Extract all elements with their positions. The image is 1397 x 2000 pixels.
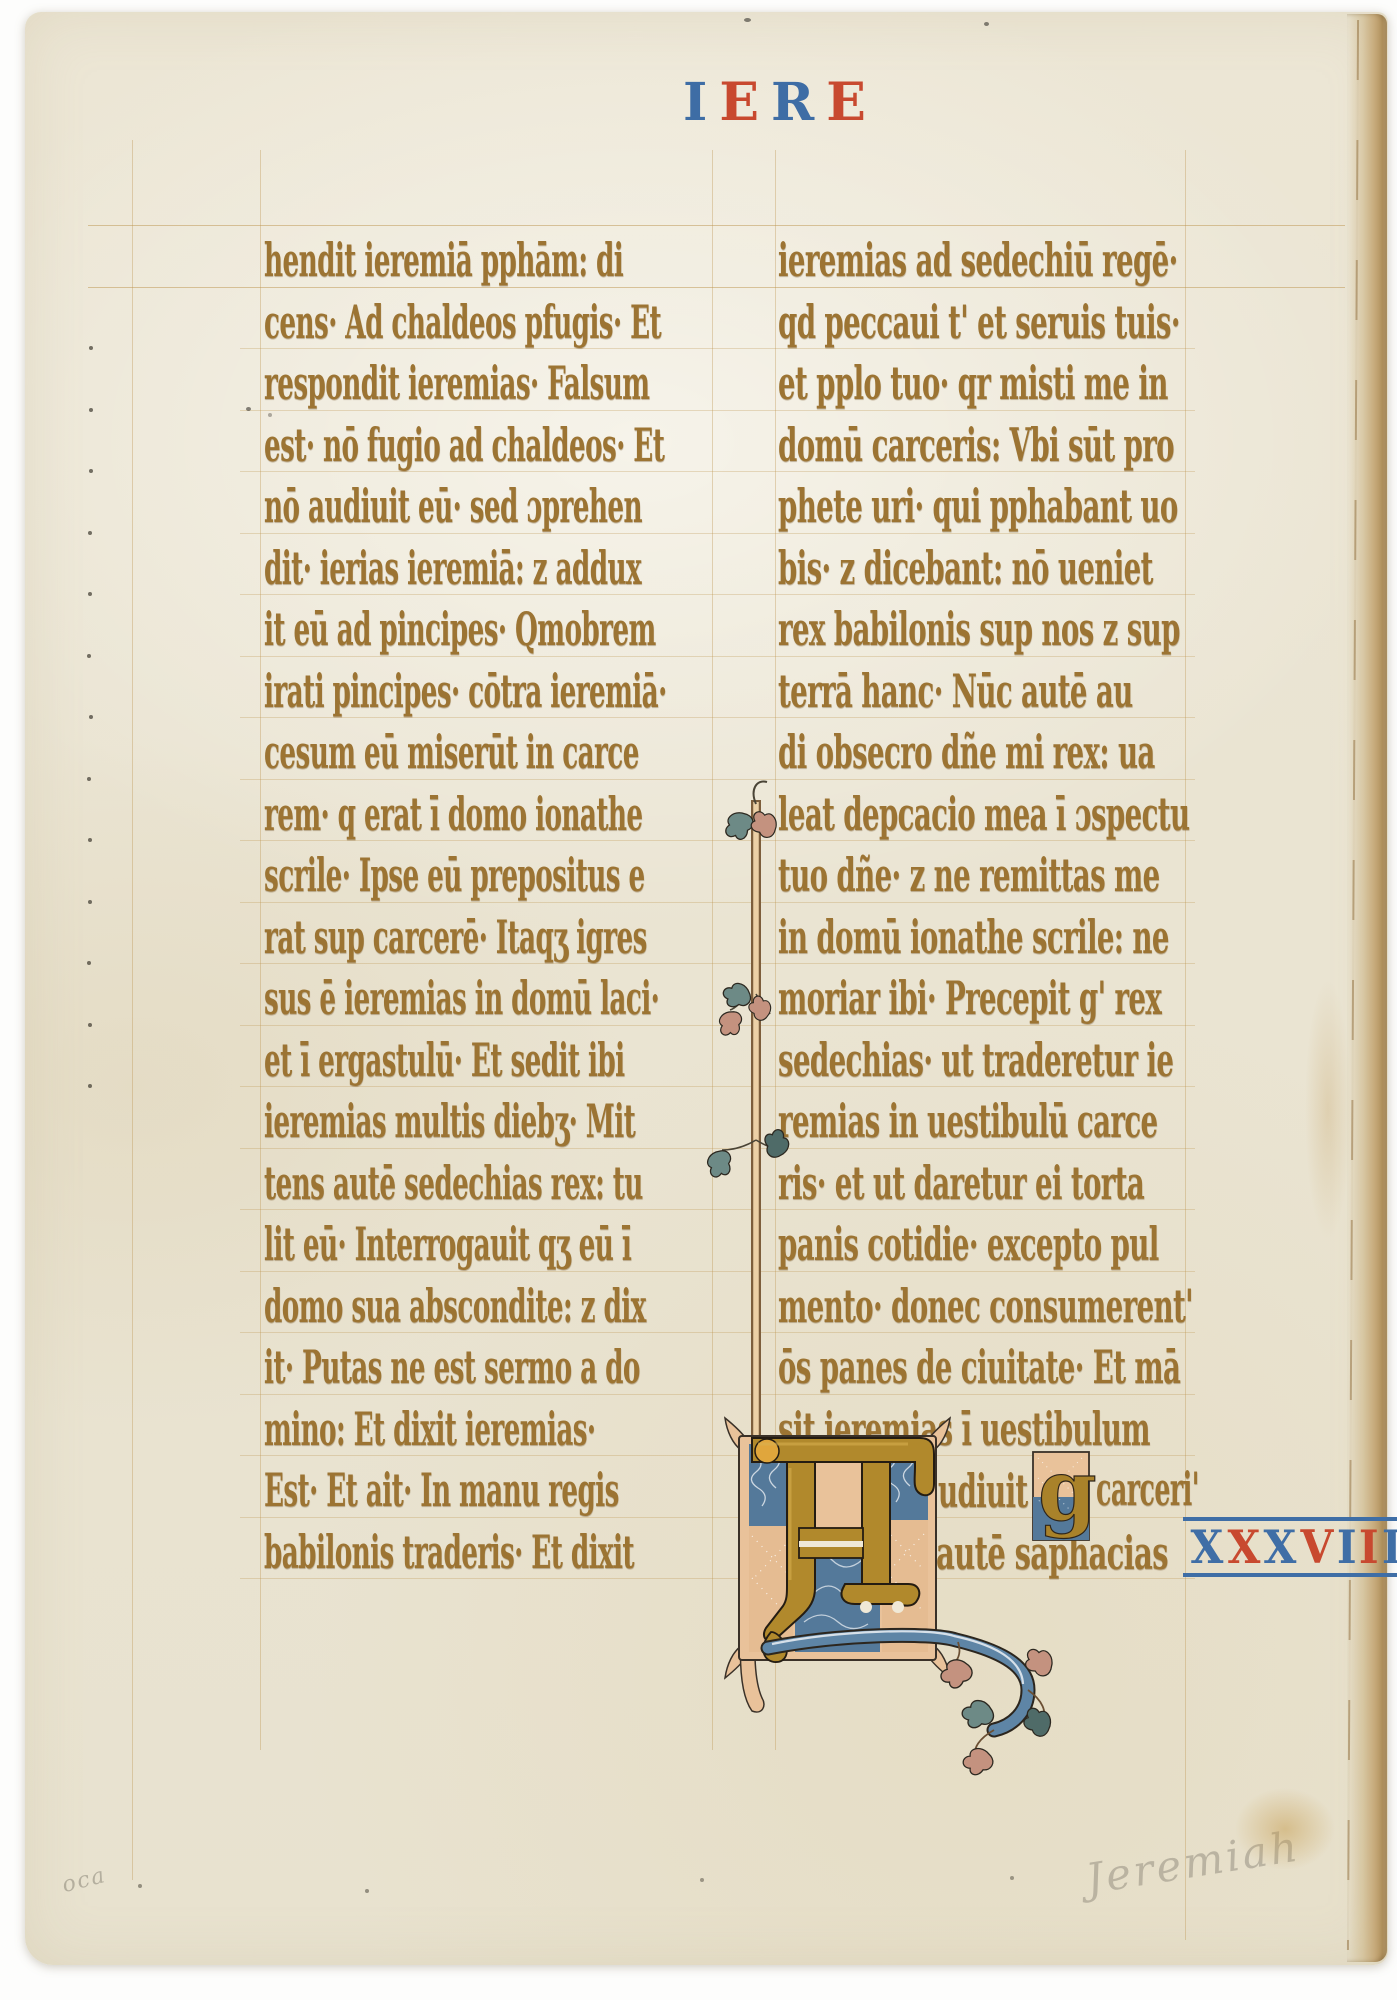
line-text: tens autē sedechias rex: tu [264,1153,643,1215]
line-text: it· Putas ne est sermo a do [264,1337,640,1399]
text-line: remias in uestibulū carce [778,1091,1208,1153]
running-title-letter: R [771,72,826,133]
line-text: moriar ibi· Precepit g' rex [778,968,1161,1030]
text-line: Est· Et ait· In manu regis [264,1460,734,1522]
chapter-numeral: XXXVIII [1183,1517,1397,1577]
line-text: hendit ieremiā pphām: di [264,230,623,292]
chapter-opening-text: autē saphacias [936,1526,1168,1580]
text-line: it· Putas ne est sermo a do [264,1337,734,1399]
chapter-opening-text: udiuit [938,1464,1028,1518]
text-line: qd peccaui t' et seruis tuis· [778,292,1208,354]
line-text: phete uri· qui pphabant uo [778,476,1178,538]
text-line: terrā hanc· Nūc autē au [778,661,1208,723]
line-text: ieremias multis diebʒ· Mit [264,1091,635,1153]
line-text: di obsecro dñe mi rex: ua [778,722,1155,784]
numeral-letter: X [1190,1521,1224,1573]
text-line: sus ē ieremias in domū laci· [264,968,734,1030]
text-line: di obsecro dñe mi rex: ua [778,722,1208,784]
line-text: mento· donec consumerent' [778,1276,1193,1338]
text-line: mino: Et dixit ieremias· [264,1399,734,1461]
text-line: cens· Ad chaldeos pfugis· Et [264,292,734,354]
text-line: rat sup carcerē· Itaqʒ igres [264,907,734,969]
line-text: rex babilonis sup nos z sup [778,599,1180,661]
line-text: sedechias· ut traderetur ie [778,1030,1173,1092]
line-text: respondit ieremias· Falsum [264,353,649,415]
line-text: terrā hanc· Nūc autē au [778,661,1133,723]
numeral-letter: V [1301,1521,1335,1573]
line-text: ieremias ad sedechiū regē· [778,230,1178,292]
text-column-right: ieremias ad sedechiū regē· qd peccaui t'… [778,230,1208,1460]
line-text: leat depcacio mea ī ɔspectu [778,784,1189,846]
line-text: bis· z dicebant: nō ueniet [778,538,1153,600]
line-text: rat sup carcerē· Itaqʒ igres [264,907,647,969]
line-text: remias in uestibulū carce [778,1091,1158,1153]
text-column-left: hendit ieremiā pphām: di cens· Ad chalde… [264,230,734,1583]
stain [1305,980,1351,1240]
text-line: lit eū· Interrogauit qʒ eū ī [264,1214,734,1276]
text-line: tuo dñe· z ne remittas me [778,845,1208,907]
line-text: domo sua abscondite: z dix [264,1276,646,1338]
text-line: babilonis traderis· Et dixit [264,1522,734,1584]
previous-chapter-end-text: carceri' [1096,1462,1199,1516]
text-line: cesum eū miserūt in carce [264,722,734,784]
text-line: in domū ionathe scrile: ne [778,907,1208,969]
text-line: ris· et ut daretur ei torta [778,1153,1208,1215]
numeral-letter: I [1359,1521,1380,1573]
running-title-letter: E [719,72,771,133]
line-text: et pplo tuo· qr misti me in [778,353,1168,415]
text-line: et ī ergastulū· Et sedit ibi [264,1030,734,1092]
text-line: respondit ieremias· Falsum [264,353,734,415]
line-text: cesum eū miserūt in carce [264,722,639,784]
numeral-letter: I [1382,1521,1397,1573]
text-line: rem· q erat ī domo ionathe [264,784,734,846]
line-text: lit eū· Interrogauit qʒ eū ī [264,1214,631,1276]
line-text: irati pincipes· cōtra ieremiā· [264,661,667,723]
line-text: cens· Ad chaldeos pfugis· Et [264,292,661,354]
line-text: tuo dñe· z ne remittas me [778,845,1160,907]
numeral-letter: I [1337,1521,1358,1573]
text-line: ieremias multis diebʒ· Mit [264,1091,734,1153]
line-text: rem· q erat ī domo ionathe [264,784,642,846]
running-title: IERE [683,72,878,133]
text-line: bis· z dicebant: nō ueniet [778,538,1208,600]
line-text: et ī ergastulū· Et sedit ibi [264,1030,625,1092]
text-line: leat depcacio mea ī ɔspectu [778,784,1208,846]
text-line: ōs panes de ciuitate· Et mā [778,1337,1208,1399]
text-line: rex babilonis sup nos z sup [778,599,1208,661]
text-line: domo sua abscondite: z dix [264,1276,734,1338]
text-line: mento· donec consumerent' [778,1276,1208,1338]
text-line: moriar ibi· Precepit g' rex [778,968,1208,1030]
line-text: domū carceris: Vbi sūt pro [778,415,1174,477]
line-text: est· nō fugio ad chaldeos· Et [264,415,664,477]
text-line: est· nō fugio ad chaldeos· Et [264,415,734,477]
line-text: ris· et ut daretur ei torta [778,1153,1144,1215]
text-line: tens autē sedechias rex: tu [264,1153,734,1215]
text-line: it eū ad pincipes· Qmobrem [264,599,734,661]
numeral-letter: X [1264,1521,1298,1573]
manuscript-photo: IERE hendit ieremiā pphām: di cens· Ad c… [0,0,1397,2000]
text-line: panis cotidie· excepto pul [778,1214,1208,1276]
line-text: dit· ierias ieremiā: z addux [264,538,641,600]
numeral-letter: X [1227,1521,1261,1573]
line-text: ōs panes de ciuitate· Et mā [778,1337,1180,1399]
line-text: nō audiuit eū· sed ɔprehen [264,476,642,538]
text-line: sit ieremias ī uestibulum [778,1399,1208,1461]
text-line: phete uri· qui pphabant uo [778,476,1208,538]
running-title-letter: I [683,72,719,133]
line-text: it eū ad pincipes· Qmobrem [264,599,656,661]
line-text: scrile· Ipse eū prepositus e [264,845,645,907]
text-line: et pplo tuo· qr misti me in [778,353,1208,415]
line-text: sus ē ieremias in domū laci· [264,968,659,1030]
text-line: hendit ieremiā pphām: di [264,230,734,292]
line-text: in domū ionathe scrile: ne [778,907,1169,969]
line-text: panis cotidie· excepto pul [778,1214,1159,1276]
text-line: nō audiuit eū· sed ɔprehen [264,476,734,538]
text-line: irati pincipes· cōtra ieremiā· [264,661,734,723]
text-line: dit· ierias ieremiā: z addux [264,538,734,600]
line-text: qd peccaui t' et seruis tuis· [778,292,1180,354]
text-line: domū carceris: Vbi sūt pro [778,415,1208,477]
line-text: mino: Et dixit ieremias· [264,1399,595,1461]
running-title-letter: E [826,72,878,133]
stain [1235,1788,1335,1870]
text-line: scrile· Ipse eū prepositus e [264,845,734,907]
line-text: sit ieremias ī uestibulum [778,1399,1150,1461]
line-text: Est· Et ait· In manu regis [264,1460,619,1522]
line-text: babilonis traderis· Et dixit [264,1522,634,1584]
text-line: sedechias· ut traderetur ie [778,1030,1208,1092]
text-line: ieremias ad sedechiū regē· [778,230,1208,292]
